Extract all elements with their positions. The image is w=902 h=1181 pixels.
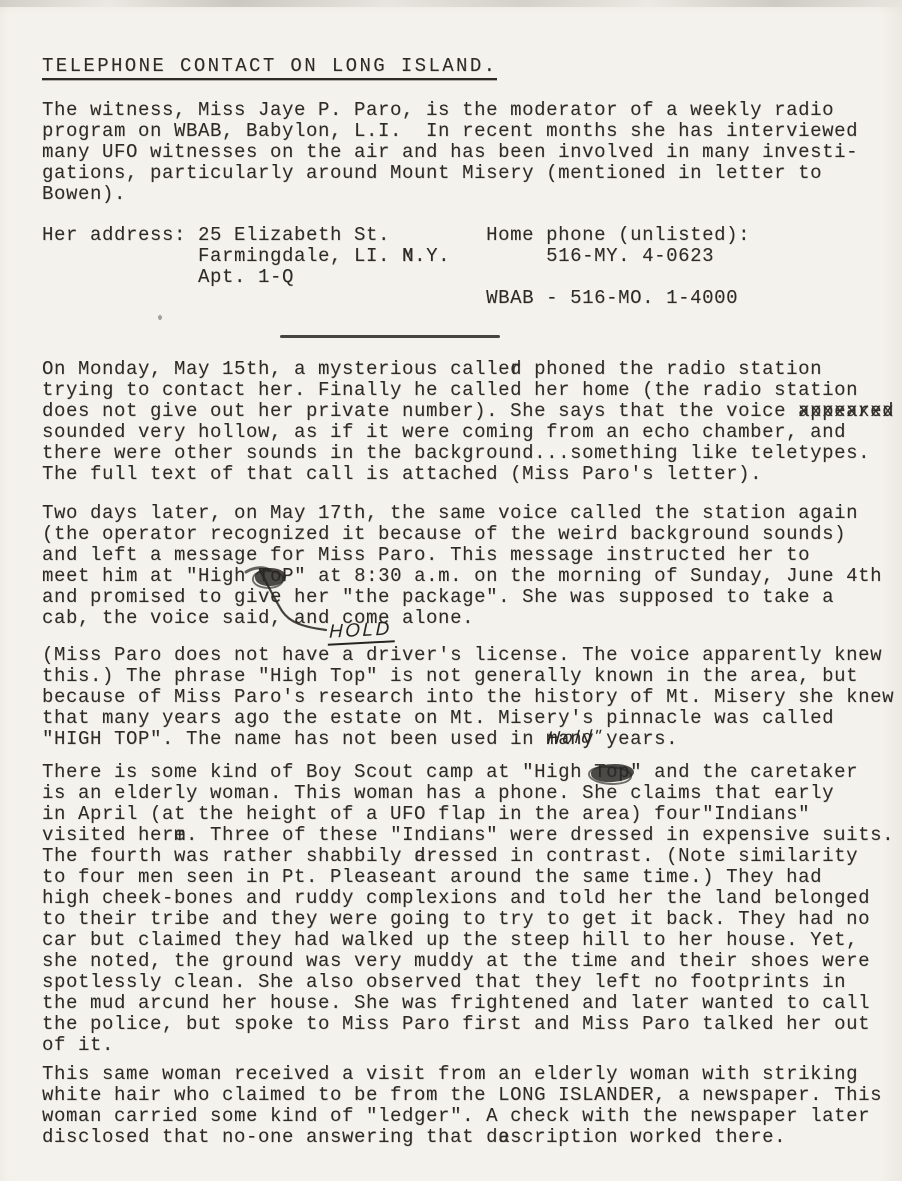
text-segment: On Monday, May 15th, a mysterious calle xyxy=(42,358,510,380)
text-overstrike: ae xyxy=(498,1127,510,1148)
text-segment: white hair who claimed to be from the LO… xyxy=(42,1084,882,1106)
may-17-paragraph: Two days later, on May 17th, the same vo… xyxy=(42,503,902,629)
text-segment: Bowen). xyxy=(42,183,126,205)
text-segment: WBAB - 516-MO. 1-4000 xyxy=(42,287,738,309)
text-segment: of it. xyxy=(42,1034,114,1056)
text-segment: gations, particularly around Mount Miser… xyxy=(42,162,822,184)
text-line: of it. xyxy=(42,1035,902,1056)
text-line: Two days later, on May 17th, the same vo… xyxy=(42,503,902,524)
boy-scout-paragraph: There is some kind of Boy Scout camp at … xyxy=(42,762,902,1056)
text-segment: scription worked there. xyxy=(510,1126,786,1148)
address-block: Her address: 25 Elizabeth St. Home phone… xyxy=(42,225,902,309)
long-islander-paragraph: This same woman received a visit from an… xyxy=(42,1064,902,1148)
overstrike-overlay: r xyxy=(510,359,522,380)
text-line: Farmingdale, LI. NM.Y. 516-MY. 4-0623 xyxy=(42,246,902,267)
text-segment: high cheek-bones and ruddy complexions a… xyxy=(42,887,870,909)
scan-speck xyxy=(158,315,162,320)
text-line: disclosed that no-one answering that dae… xyxy=(42,1127,902,1148)
text-segment: ressed in contrast. (Note similarity xyxy=(426,845,858,867)
text-segment: the mud arcund her house. She was fright… xyxy=(42,992,870,1014)
overstrike-overlay: e xyxy=(498,1127,510,1148)
text-line: high cheek-bones and ruddy complexions a… xyxy=(42,888,902,909)
text-line: Apt. 1-Q xyxy=(42,267,902,288)
text-line: The full text of that call is attached (… xyxy=(42,464,902,485)
text-segment: disclosed that no-one answering that d xyxy=(42,1126,498,1148)
overstrike-overlay: M xyxy=(402,246,414,267)
text-line: to their tribe and they were going to tr… xyxy=(42,909,902,930)
handwritten-hold-annotation: HOLD xyxy=(328,618,395,646)
text-line: The witness, Miss Jaye P. Paro, is the m… xyxy=(42,100,902,121)
text-segment: .Y. 516-MY. 4-0623 xyxy=(414,245,714,267)
separator-rule xyxy=(280,335,500,338)
text-segment: This same woman received a visit from an… xyxy=(42,1063,858,1085)
document-body: The witness, Miss Jaye P. Paro, is the m… xyxy=(42,100,902,1148)
text-line: car but claimed they had walked up the s… xyxy=(42,930,902,951)
text-line: The fourth was rather shabbily daressed … xyxy=(42,846,902,867)
text-segment: " and the caretaker xyxy=(630,761,858,783)
high-top-paragraph: (Miss Paro does not have a driver's lice… xyxy=(42,645,902,750)
text-segment: and left a message for Miss Paro. This m… xyxy=(42,544,810,566)
text-line: program on WBAB, Babylon, L.I. In recent… xyxy=(42,121,902,142)
text-line: this.) The phrase "High Top" is not gene… xyxy=(42,666,902,687)
text-segment: Her address: 25 Elizabeth St. Home phone… xyxy=(42,224,750,246)
text-segment: . Three of these "Indians" were dressed … xyxy=(186,824,894,846)
text-segment: woman carried some kind of "ledger". A c… xyxy=(42,1105,870,1127)
text-segment: does not give out her private number). S… xyxy=(42,400,798,422)
handwritten-hold-annotation-2: Hold" xyxy=(546,726,603,749)
text-line: there were other sounds in the backgroun… xyxy=(42,443,902,464)
text-line: white hair who claimed to be from the LO… xyxy=(42,1085,902,1106)
document-title: TELEPHONE CONTACT ON LONG ISLAND. xyxy=(42,56,497,80)
text-overstrike: me xyxy=(174,825,186,846)
text-segment: spotlessly clean. She also observed that… xyxy=(42,971,846,993)
text-segment: trying to contact her. Finally he called… xyxy=(42,379,858,401)
text-line: many UFO witnesses on the air and has be… xyxy=(42,142,902,163)
text-line: meet him at "High ToP" at 8:30 a.m. on t… xyxy=(42,566,902,587)
text-segment: is an elderly woman. This woman has a ph… xyxy=(42,782,834,804)
text-line: the mud arcund her house. She was fright… xyxy=(42,993,902,1014)
text-segment: meet him at "High xyxy=(42,565,258,587)
text-line: "HIGH TOP". The name has not been used i… xyxy=(42,729,902,750)
text-segment: and promised to give her "the package". … xyxy=(42,586,834,608)
text-line: gations, particularly around Mount Miser… xyxy=(42,163,902,184)
text-line: There is some kind of Boy Scout camp at … xyxy=(42,762,902,783)
title-row: TELEPHONE CONTACT ON LONG ISLAND. xyxy=(42,56,902,79)
xout-overlay: xxxxxxxx xyxy=(798,401,894,422)
text-overstrike: da xyxy=(414,846,426,867)
text-line: is an elderly woman. This woman has a ph… xyxy=(42,783,902,804)
text-line: the police, but spoke to Miss Paro first… xyxy=(42,1014,902,1035)
text-segment: she noted, the ground was very muddy at … xyxy=(42,950,870,972)
text-line: does not give out her private number). S… xyxy=(42,401,902,422)
text-segment: that many years ago the estate on Mt. Mi… xyxy=(42,707,834,729)
text-segment: Apt. 1-Q xyxy=(42,266,294,288)
scan-edge-artifact xyxy=(0,0,902,7)
text-line: and promised to give her "the package". … xyxy=(42,587,902,608)
text-segment: because of Miss Paro's research into the… xyxy=(42,686,894,708)
intro-paragraph: The witness, Miss Jaye P. Paro, is the m… xyxy=(42,100,902,205)
text-segment: in April (at the height of a UFO flap in… xyxy=(42,803,810,825)
text-line: WBAB - 516-MO. 1-4000 xyxy=(42,288,902,309)
text-segment: visited her xyxy=(42,824,174,846)
text-segment: to their tribe and they were going to tr… xyxy=(42,908,870,930)
text-segment: Farmingdale, LI. xyxy=(42,245,402,267)
text-segment: The fourth was rather shabbily xyxy=(42,845,414,867)
text-segment: the police, but spoke to Miss Paro first… xyxy=(42,1013,870,1035)
text-segment: There is some kind of Boy Scout camp at … xyxy=(42,761,594,783)
text-line: Bowen). xyxy=(42,184,902,205)
text-line: On Monday, May 15th, a mysterious called… xyxy=(42,359,902,380)
text-segment: phoned the radio station xyxy=(522,358,822,380)
may-15-paragraph: On Monday, May 15th, a mysterious called… xyxy=(42,359,902,485)
text-scribble: To xyxy=(258,566,282,587)
text-line: because of Miss Paro's research into the… xyxy=(42,687,902,708)
text-line: woman carried some kind of "ledger". A c… xyxy=(42,1106,902,1127)
text-line: she noted, the ground was very muddy at … xyxy=(42,951,902,972)
text-line: Her address: 25 Elizabeth St. Home phone… xyxy=(42,225,902,246)
text-segment: there were other sounds in the backgroun… xyxy=(42,442,870,464)
text-segment: P" at 8:30 a.m. on the morning of Sunday… xyxy=(282,565,882,587)
text-line: (Miss Paro does not have a driver's lice… xyxy=(42,645,902,666)
text-segment: this.) The phrase "High Top" is not gene… xyxy=(42,665,858,687)
text-overstrike: NM xyxy=(402,246,414,267)
text-segment: program on WBAB, Babylon, L.I. In recent… xyxy=(42,120,858,142)
text-line: sounded very hollow, as if it were comin… xyxy=(42,422,902,443)
text-segment: sounded very hollow, as if it were comin… xyxy=(42,421,846,443)
text-segment: to four men seen in Pt. Pleaseant around… xyxy=(42,866,822,888)
text-line: visited herme. Three of these "Indians" … xyxy=(42,825,902,846)
text-line: This same woman received a visit from an… xyxy=(42,1064,902,1085)
text-segment: Two days later, on May 17th, the same vo… xyxy=(42,502,858,524)
text-line: to four men seen in Pt. Pleaseant around… xyxy=(42,867,902,888)
text-line: that many years ago the estate on Mt. Mi… xyxy=(42,708,902,729)
text-xout: appearedxxxxxxxx xyxy=(798,401,894,422)
text-line: cab, the voice said, and come alone. xyxy=(42,608,902,629)
text-scribble: Top xyxy=(594,762,630,783)
text-line: spotlessly clean. She also observed that… xyxy=(42,972,902,993)
text-segment: (the operator recognized it because of t… xyxy=(42,523,846,545)
text-segment: The witness, Miss Jaye P. Paro, is the m… xyxy=(42,99,834,121)
text-segment: many UFO witnesses on the air and has be… xyxy=(42,141,858,163)
overstrike-overlay: e xyxy=(174,825,186,846)
text-segment: The full text of that call is attached (… xyxy=(42,463,762,485)
overstrike-overlay: a xyxy=(414,846,426,867)
scanned-document-page: TELEPHONE CONTACT ON LONG ISLAND. The wi… xyxy=(0,0,902,1181)
text-line: trying to contact her. Finally he called… xyxy=(42,380,902,401)
text-segment: car but claimed they had walked up the s… xyxy=(42,929,858,951)
text-line: and left a message for Miss Paro. This m… xyxy=(42,545,902,566)
text-line: in April (at the height of a UFO flap in… xyxy=(42,804,902,825)
text-overstrike: dr xyxy=(510,359,522,380)
text-segment: (Miss Paro does not have a driver's lice… xyxy=(42,644,882,666)
text-segment: cab, the voice said, and come alone. xyxy=(42,607,474,629)
text-line: (the operator recognized it because of t… xyxy=(42,524,902,545)
